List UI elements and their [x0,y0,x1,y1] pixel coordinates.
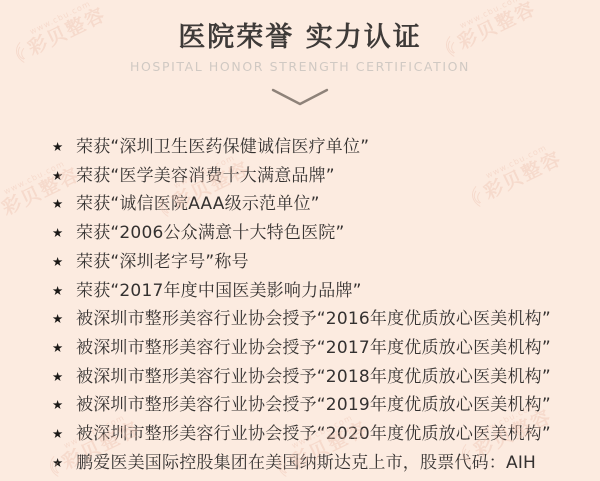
page-subtitle: HOSPITAL HONOR STRENGTH CERTIFICATION [0,59,600,75]
star-icon: ★ [52,133,76,162]
honor-text: 荣获“深圳老字号”称号 [76,248,249,277]
star-icon: ★ [52,277,76,306]
honor-text: 被深圳市整形美容行业协会授予“2016年度优质放心医美机构” [76,305,551,334]
honor-list-item: ★被深圳市整形美容行业协会授予“2016年度优质放心医美机构” [52,305,600,334]
honor-text: 荣获“2006公众满意十大特色医院” [76,219,344,248]
star-icon: ★ [52,391,76,420]
honor-text: 被深圳市整形美容行业协会授予“2019年度优质放心医美机构” [76,391,551,420]
star-icon: ★ [52,363,76,392]
honor-list-item: ★荣获“2017年度中国医美影响力品牌” [52,277,600,306]
honor-text: 被深圳市整形美容行业协会授予“2020年度优质放心医美机构” [76,420,551,449]
honor-text: 荣获“诚信医院AAA级示范单位” [76,190,320,219]
star-icon: ★ [52,162,76,191]
watermark-flourish-icon [0,199,6,228]
honor-text: 鹏爱医美国际控股集团在美国纳斯达克上市，股票代码：AIH [76,449,536,478]
star-icon: ★ [52,334,76,363]
star-icon: ★ [52,248,76,277]
star-icon: ★ [52,219,76,248]
honor-list-item: ★荣获“2006公众满意十大特色医院” [52,219,600,248]
honor-header: 医院荣誉 实力认证 HOSPITAL HONOR STRENGTH CERTIF… [0,0,600,109]
chevron-down-icon [271,87,329,107]
honor-list-item: ★荣获“诚信医院AAA级示范单位” [52,190,600,219]
honor-list-item: ★被深圳市整形美容行业协会授予“2018年度优质放心医美机构” [52,363,600,392]
honor-list-item: ★被深圳市整形美容行业协会授予“2019年度优质放心医美机构” [52,391,600,420]
honor-list: ★荣获“深圳卫生医药保健诚信医疗单位” ★荣获“医学美容消费十大满意品牌” ★荣… [52,133,600,477]
honor-text: 荣获“2017年度中国医美影响力品牌” [76,277,362,306]
star-icon: ★ [52,190,76,219]
star-icon: ★ [52,420,76,449]
chevron-down-container [0,87,600,109]
honor-text: 荣获“深圳卫生医药保健诚信医疗单位” [76,133,369,162]
star-icon: ★ [52,449,76,478]
honor-text: 被深圳市整形美容行业协会授予“2018年度优质放心医美机构” [76,363,551,392]
honor-list-item: ★荣获“深圳老字号”称号 [52,248,600,277]
page-title: 医院荣誉 实力认证 [0,21,600,54]
honor-text: 荣获“医学美容消费十大满意品牌” [76,162,335,191]
honor-list-item: ★荣获“医学美容消费十大满意品牌” [52,162,600,191]
honor-list-item: ★被深圳市整形美容行业协会授予“2020年度优质放心医美机构” [52,420,600,449]
honor-list-item: ★被深圳市整形美容行业协会授予“2017年度优质放心医美机构” [52,334,600,363]
honor-text: 被深圳市整形美容行业协会授予“2017年度优质放心医美机构” [76,334,551,363]
honor-list-item: ★荣获“深圳卫生医药保健诚信医疗单位” [52,133,600,162]
star-icon: ★ [52,305,76,334]
honor-list-item: ★鹏爱医美国际控股集团在美国纳斯达克上市，股票代码：AIH [52,449,600,478]
